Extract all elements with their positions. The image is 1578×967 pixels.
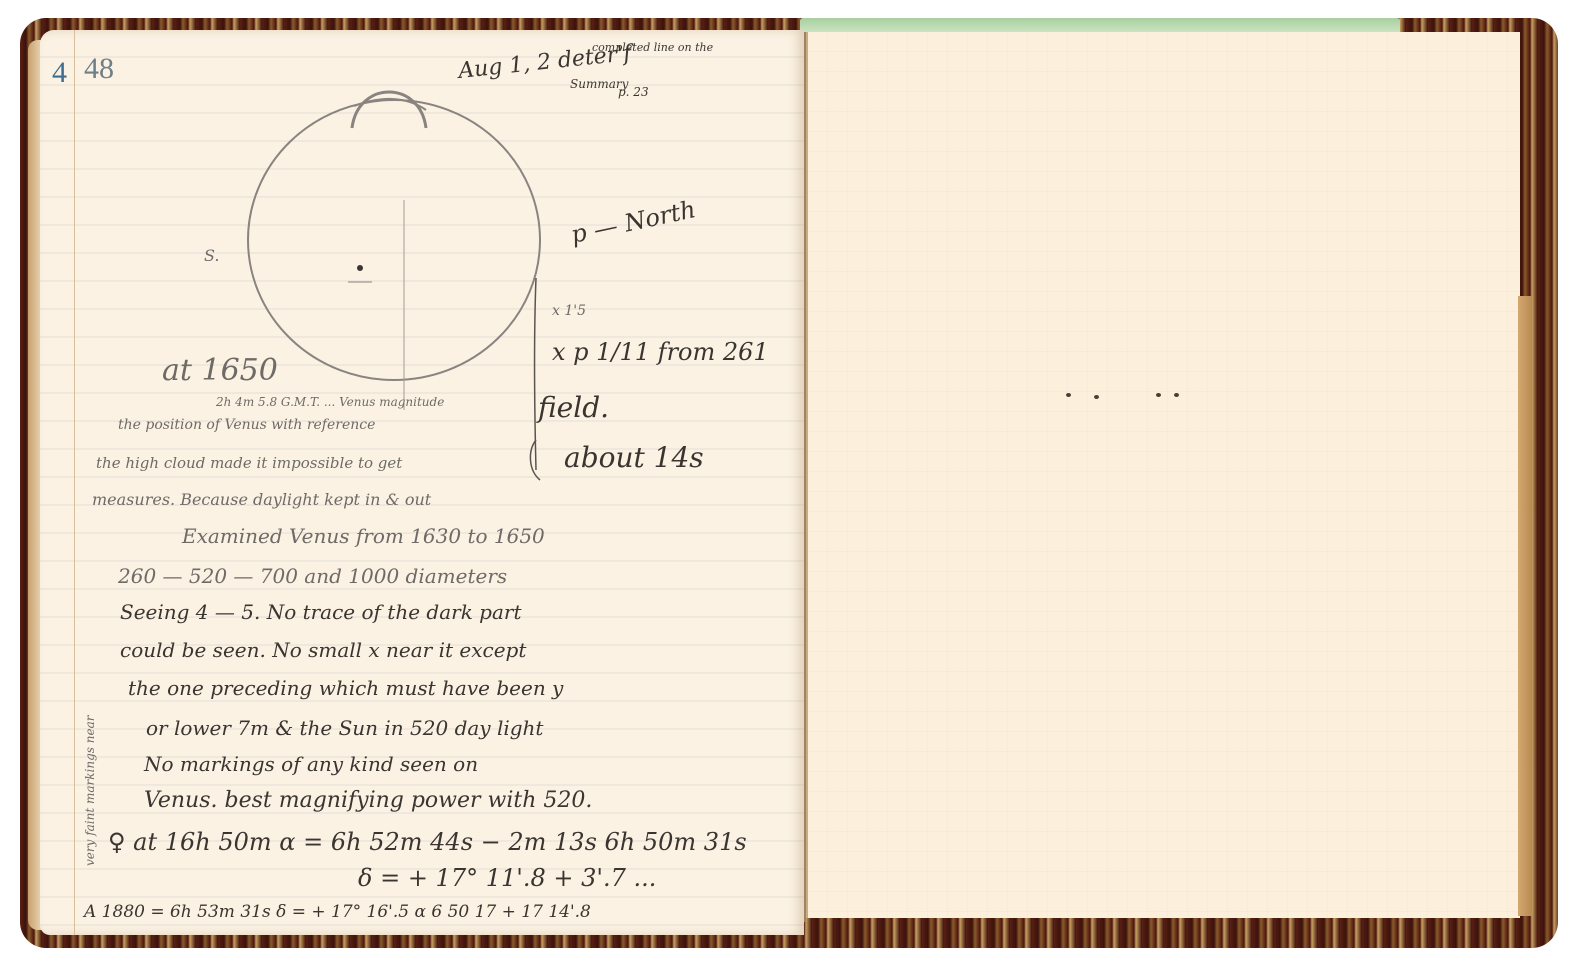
body-line: the position of Venus with reference xyxy=(118,418,375,432)
position-line: A 1880 = 6h 53m 31s δ = + 17° 16'.5 α 6 … xyxy=(84,904,591,921)
time-label: at 1650 xyxy=(162,356,278,386)
margin-note: very faint markings near xyxy=(84,716,96,867)
body-line: measures. Because daylight kept in & out xyxy=(92,492,431,508)
body-line: Venus. best magnifying power with 520. xyxy=(144,790,592,812)
body-line: the high cloud made it impossible to get xyxy=(96,456,402,471)
right-page xyxy=(806,32,1520,918)
body-line: No markings of any kind seen on xyxy=(144,754,478,774)
side-note-1: x 1'5 xyxy=(552,304,586,318)
body-line: or lower 7m & the Sun in 520 day light xyxy=(146,718,543,738)
position-line: ♀ at 16h 50m α = 6h 52m 44s − 2m 13s 6h … xyxy=(108,830,747,854)
side-note-2: x p 1/11 from 261 xyxy=(552,340,769,364)
south-label: S. xyxy=(204,248,219,264)
side-note-4: about 14s xyxy=(564,444,704,472)
page-edges-right xyxy=(1518,296,1532,916)
body-line: could be seen. No small x near it except xyxy=(120,640,526,660)
body-line: Examined Venus from 1630 to 1650 xyxy=(182,526,545,546)
body-line: 260 — 520 — 700 and 1000 diameters xyxy=(118,566,507,586)
left-page: 4 48 completed line on the Aug 1, 2 dete… xyxy=(40,30,804,935)
side-note-3: field. xyxy=(538,394,609,422)
body-line: 2h 4m 5.8 G.M.T. ... Venus magnitude xyxy=(216,396,444,408)
body-line: the one preceding which must have been y xyxy=(128,678,563,698)
position-line: δ = + 17° 11'.8 + 3'.7 ... xyxy=(358,866,656,890)
body-line: Seeing 4 — 5. No trace of the dark part xyxy=(120,602,522,622)
